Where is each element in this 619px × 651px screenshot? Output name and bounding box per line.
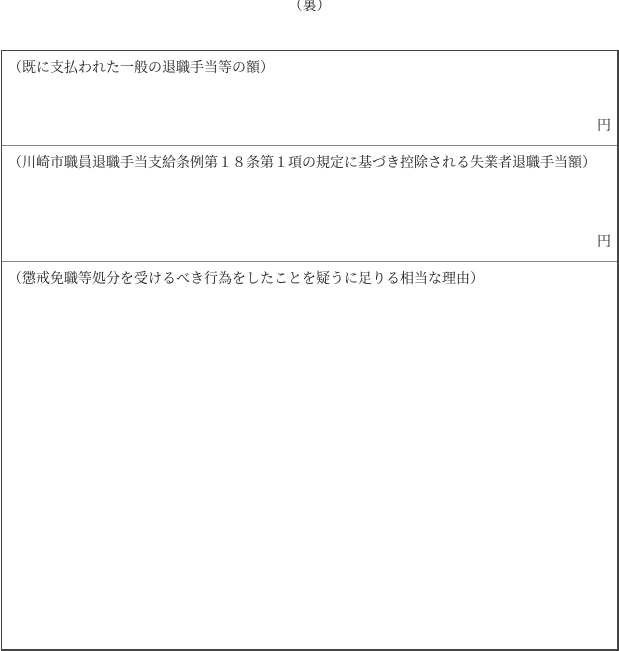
field-label: （既に支払われた一般の退職手当等の額） xyxy=(8,53,611,83)
field-deducted-unemployment-allowance[interactable]: （川崎市職員退職手当支給条例第１８条第１項の規定に基づき控除される失業者退職手当… xyxy=(2,146,617,262)
form-table: （既に支払われた一般の退職手当等の額） 円 （川崎市職員退職手当支給条例第１８条… xyxy=(1,50,619,651)
page-heading: （裏） xyxy=(0,0,619,13)
unit-yen: 円 xyxy=(597,119,611,133)
field-disciplinary-reason[interactable]: （懲戒免職等処分を受けるべき行為をしたことを疑うに足りる相当な理由） xyxy=(2,262,617,649)
field-paid-general-retirement-allowance[interactable]: （既に支払われた一般の退職手当等の額） 円 xyxy=(2,51,617,146)
unit-yen: 円 xyxy=(597,235,611,249)
field-label: （川崎市職員退職手当支給条例第１８条第１項の規定に基づき控除される失業者退職手当… xyxy=(8,148,611,178)
field-label: （懲戒免職等処分を受けるべき行為をしたことを疑うに足りる相当な理由） xyxy=(8,264,611,294)
